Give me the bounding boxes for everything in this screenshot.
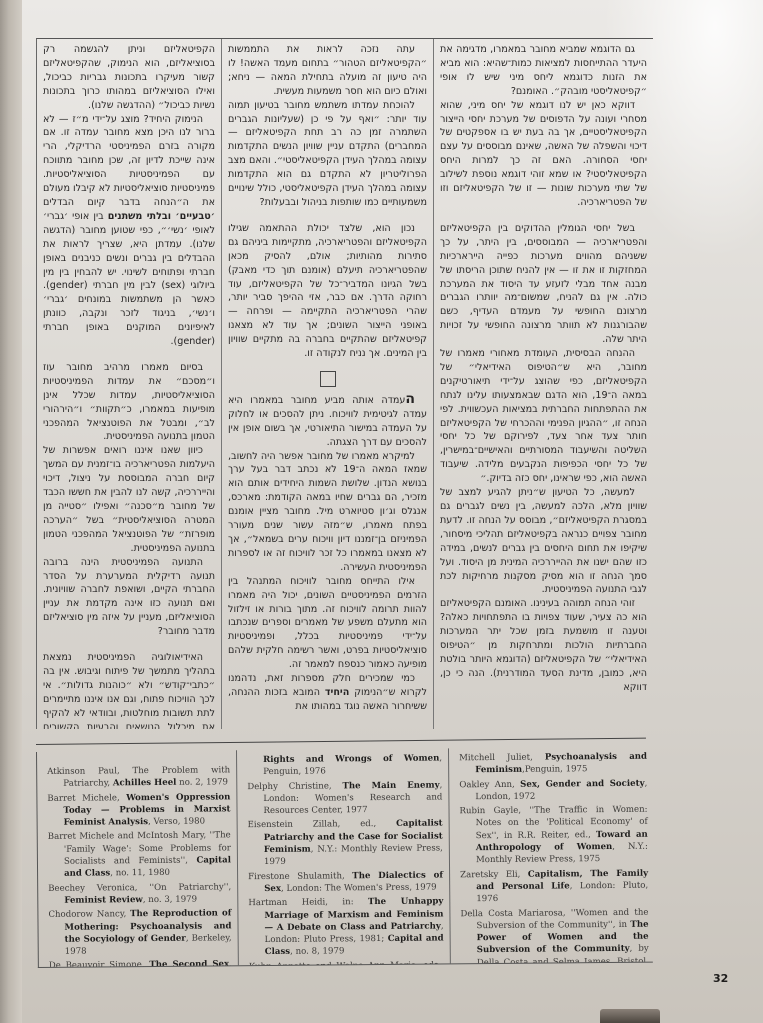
paragraph: למיקרא מאמרו של מחובר אפשר היה לחשוב, שמ…: [228, 450, 427, 575]
bibliography-entry: Beechey Veronica, ''On Patriarchy'', Fem…: [48, 881, 231, 907]
bibliography-entry: Mitchell Juliet, Psychoanalysis and Femi…: [459, 751, 647, 777]
binder-clip: [600, 1009, 660, 1023]
paragraph: בשל יחסי הגומלין ההדוקים בין הקפיטאליזם …: [440, 222, 647, 347]
bibliography-entry: Eisenstein Zillah, ed., Capitalist Patri…: [248, 818, 443, 869]
bibliography: Atkinson Paul, The Problem with Patriarc…: [36, 747, 653, 968]
emphasis: ׳טבעיים׳ ובלתי משתנים: [108, 211, 215, 222]
paragraph: הנימוק היחיד? מוצג על־ידי מ״ז — לא ברור …: [43, 113, 215, 349]
hebrew-column-left: הקפיטאליזם וניתן להגשמה רק בסוציאליזם, ה…: [37, 39, 221, 729]
bibliography-column-1: Atkinson Paul, The Problem with Patriarc…: [37, 750, 239, 967]
paragraph: זוהי הנחה תמוהה בעינינו. האומנם הקפיטאלי…: [440, 597, 647, 694]
bibliography-entry: Zaretsky Eli, Capitalism, The Family and…: [460, 867, 648, 906]
bibliography-entry: Delphy Christine, The Main Enemy, London…: [247, 779, 442, 818]
bibliography-entry: Atkinson Paul, The Problem with Patriarc…: [47, 764, 230, 790]
paragraph: בסיום מאמרו מרהיב מחובר עוז ו״מסכם״ את ע…: [43, 361, 215, 444]
bibliography-entry: Chodorow Nancy, The Reproduction of Moth…: [48, 908, 231, 959]
magazine-page: גם הדוגמא שמביא מחובר במאמרו, מדגימה את …: [10, 0, 763, 1023]
paragraph: התנועה הפמיניסטית הינה ברובה תנועה רדיקל…: [43, 556, 215, 639]
paragraph: גם הדוגמא שמביא מחובר במאמרו, מדגימה את …: [440, 43, 647, 99]
paragraph: נכון הוא, שלצד יכולת ההתאמה שגילו הקפיטא…: [228, 222, 427, 361]
dropcap: ה: [405, 391, 415, 407]
bibliography-column-3: Mitchell Juliet, Psychoanalysis and Femi…: [449, 747, 653, 964]
paragraph: ההנחה הבסיסית, העומדת מאחורי מאמרו של מח…: [440, 347, 647, 486]
hebrew-column-middle: עתה נזכה לראות את התממשות ״הקפיטאליזם הט…: [221, 39, 433, 729]
page-number: 32: [713, 972, 728, 985]
bibliography-column-2: Rights and Wrongs of Women, Penguin, 197…: [237, 748, 451, 965]
paragraph: הקפיטאליזם וניתן להגשמה רק בסוציאליזם, ה…: [43, 43, 215, 113]
paragraph-with-dropcap: העמדה אותה מביע מחובר במאמרו היא עמדה לג…: [228, 393, 427, 450]
bibliography-entry: De Beauvoir Simone, The Second Sex, Peng…: [49, 959, 232, 967]
bibliography-entry: Barret Michele and McIntosh Mary, ''The …: [48, 830, 231, 881]
paragraph: כיוון שאנו איננו רואים אפשרות של היעלמות…: [43, 444, 215, 555]
bibliography-entry: Firestone Shulamith, The Dialectics of S…: [248, 869, 443, 895]
bibliography-entry: Kuhn Annette and Wolpe Ann Marie, eds., …: [249, 959, 444, 965]
paragraph-text: עמדה אותה מביע מחובר במאמרו היא עמדה לגי…: [228, 395, 427, 448]
paragraph: האידיאולוגיה הפמיניסטית נמצאת בתהליך מתמ…: [43, 651, 215, 729]
bibliography-entry: Della Costa Mariarosa, ''Women and the S…: [460, 906, 649, 963]
bibliography-entry: Rubin Gayle, ''The Traffic in Women: Not…: [459, 804, 648, 867]
section-divider: [36, 738, 646, 745]
hebrew-article: גם הדוגמא שמביא מחובר במאמרו, מדגימה את …: [36, 38, 653, 729]
bibliography-entry: Barret Michele, Women's Oppression Today…: [47, 791, 230, 829]
paragraph: עתה נזכה לראות את התממשות ״הקפיטאליזם הט…: [228, 43, 427, 99]
section-break-square-icon: [320, 371, 336, 387]
hebrew-column-right: גם הדוגמא שמביא מחובר במאמרו, מדגימה את …: [433, 39, 653, 729]
bibliography-entry: Oakley Ann, Sex, Gender and Society, Lon…: [459, 777, 647, 803]
paragraph: אילו התייחס מחובר לוויכוח המתנהל בין הזר…: [228, 575, 427, 672]
paragraph: להוכחת עמדתו משתמש מחובר בטיעון תמוה עוד…: [228, 99, 427, 210]
paragraph: דווקא כאן יש לנו דוגמא של יחס מיני, שהוא…: [440, 99, 647, 210]
paragraph: למעשה, כל הטיעון ש״ניתן להגיע למצב של שו…: [440, 486, 647, 597]
paragraph: כמי שמכירים חלק מספרות זאת, נדהמנו לקרוא…: [228, 672, 427, 714]
emphasis: היחיד: [325, 687, 349, 698]
bibliography-entry: Hartman Heidi, in: The Unhappy Marriage …: [248, 896, 444, 959]
bibliography-entry: Rights and Wrongs of Women, Penguin, 197…: [247, 752, 442, 778]
